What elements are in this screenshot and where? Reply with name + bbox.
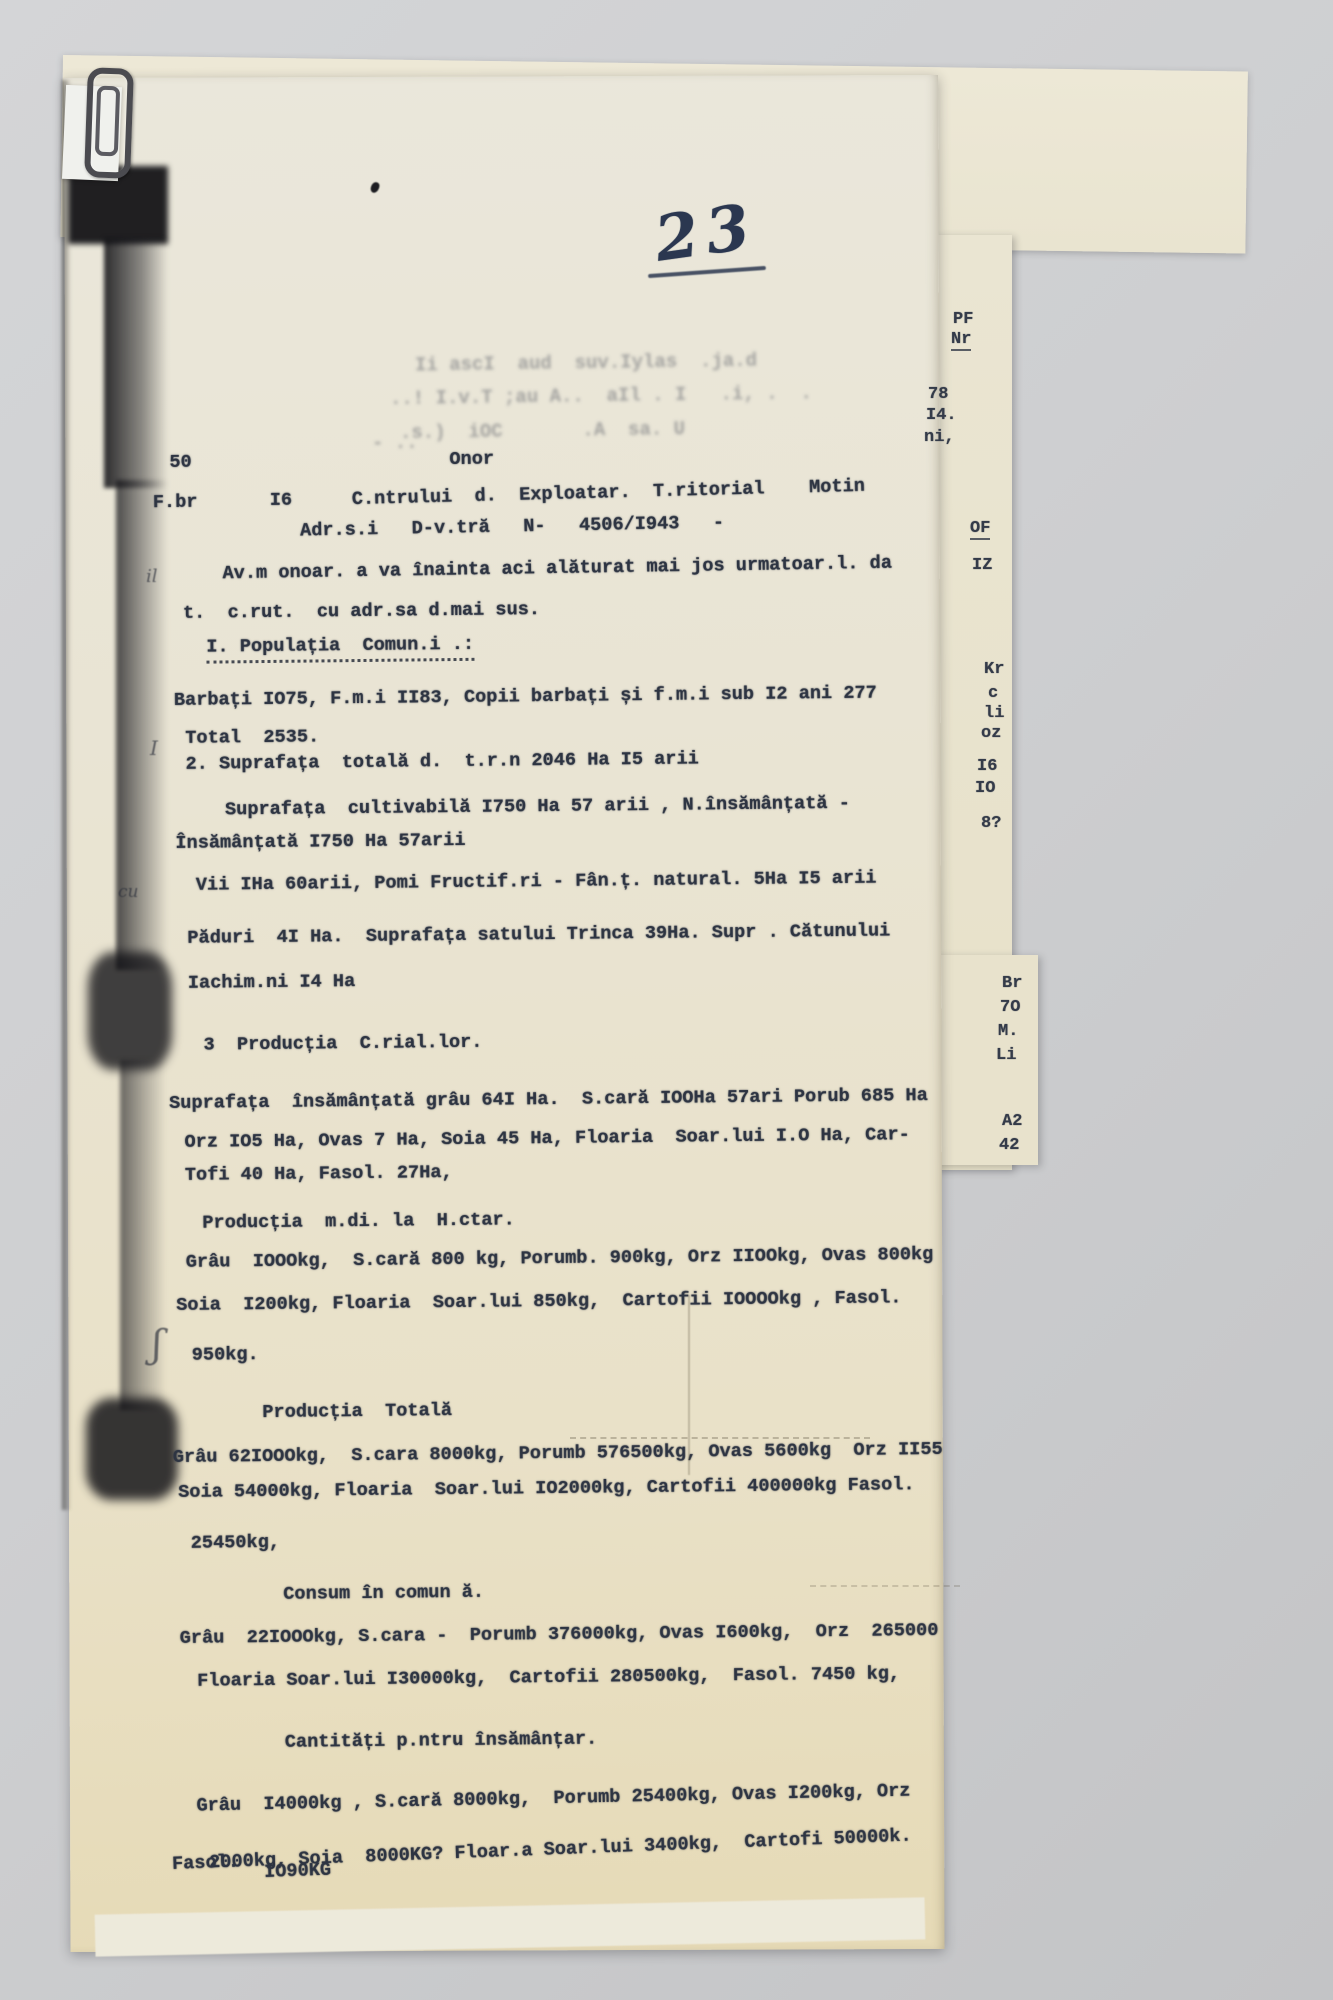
body-line: t. c.rut. cu adr.sa d.mai sus. (183, 599, 540, 624)
margin-month: F.br (153, 492, 198, 513)
right-edge-fragment: oz (981, 724, 1001, 743)
section-heading-productia-media: Producția m.di. la H.ctar. (202, 1209, 515, 1233)
right-edge-fragment: Nr (951, 330, 971, 351)
crease-line (810, 1585, 960, 1587)
margin-number: 50 (169, 452, 192, 473)
right-edge-fragment: 7O (1000, 998, 1020, 1017)
margin-scribble: cu (118, 882, 138, 902)
body-line: Floaria Soar.lui I30000kg, Cartofii 2805… (197, 1663, 900, 1691)
right-edge-fragment: c (988, 684, 998, 703)
body-line: Tofi 40 Ha, Fasol. 27Ha, (185, 1162, 453, 1186)
recipient-line: C.ntrului d. Exploatar. T.ritorial Motin (352, 476, 866, 510)
section-heading-productia-cerealelor: 3 Producția C.rial.lor. (203, 1032, 482, 1056)
body-line: Soia I200kg, Floaria Soar.lui 850kg, Car… (176, 1287, 901, 1316)
salutation: Onor (449, 449, 494, 470)
typewritten-text-layer: 50 Onor F.br I6 C.ntrului d. Exploatar. … (0, 0, 1333, 2000)
body-line: Av.m onoar. a va înainta aci alăturat ma… (222, 553, 892, 585)
body-line: 25450kg, (191, 1532, 280, 1554)
right-edge-fragment: Li (996, 1046, 1016, 1065)
right-edge-fragment: li (984, 704, 1004, 723)
right-edge-fragment: 78 (928, 385, 948, 404)
right-edge-fragment: I6 (977, 757, 997, 776)
body-line: Orz IO5 Ha, Ovas 7 Ha, Soia 45 Ha, Floar… (184, 1124, 909, 1153)
body-line: Vii IHa 60arii, Pomi Fructif.ri - Fân.ț.… (196, 868, 877, 896)
section-heading-productia-totala: Producția Totală (262, 1400, 452, 1423)
right-edge-fragment: M. (998, 1022, 1018, 1041)
crease-line (688, 1295, 690, 1475)
margin-scribble: I (150, 736, 158, 760)
scanned-document-photo: 23 Ii ascI aud suv.Iylas .ja.d ..! I.v.T… (0, 0, 1333, 2000)
section-heading-consum: Consum în comun ă. (283, 1582, 484, 1605)
section-heading-cantitati: Cantități p.ntru însămânțar. (285, 1729, 598, 1753)
right-edge-fragment: I4. (926, 406, 957, 425)
right-edge-fragment: OF (970, 519, 990, 540)
body-line: 2. Suprafața totală d. t.r.n 2046 Ha I5 … (185, 748, 698, 774)
crease-line (570, 1437, 870, 1439)
right-edge-fragment: Br (1002, 974, 1022, 993)
body-line: Suprafața cultivabilă I750 Ha 57 arii , … (225, 793, 850, 821)
body-line: Suprafața însămânțată grâu 64I Ha. S.car… (169, 1085, 928, 1114)
right-edge-fragment: Kr (984, 660, 1004, 679)
section-heading-populatia: I. Populația Comun.i .: (206, 634, 474, 664)
margin-scribble: ʃ (152, 1322, 162, 1366)
right-edge-fragment: ni, (924, 428, 955, 447)
body-line: Soia 54000kg, Floaria Soar.lui IO2000kg,… (178, 1474, 915, 1503)
body-line: Iachim.ni I4 Ha (188, 971, 356, 994)
margin-scribble: il (146, 566, 158, 587)
right-edge-fragment: A2 (1002, 1112, 1022, 1131)
body-line: 950kg. (192, 1344, 259, 1366)
body-line: IO90KG (264, 1860, 332, 1883)
right-edge-fragment: IZ (972, 556, 992, 575)
body-line: Însămânțată I750 Ha 57arii (175, 830, 465, 854)
right-edge-fragment: IO (975, 779, 995, 798)
body-line: Grâu 62IOOOkg, S.cara 8000kg, Porumb 576… (173, 1439, 943, 1468)
reference-line: Adr.s.i D-v.tră N- 4506/I943 - (300, 512, 724, 541)
body-line: Barbați IO75, F.m.i II83, Copii barbați … (174, 683, 877, 711)
body-line: Fasol. (172, 1852, 240, 1875)
right-edge-fragment: PF (953, 310, 973, 329)
right-edge-fragment: 42 (999, 1136, 1019, 1155)
body-line: Grâu IOOOkg, S.cară 800 kg, Porumb. 900k… (186, 1244, 934, 1273)
body-line: Total 2535. (185, 726, 319, 748)
body-line: Păduri 4I Ha. Suprafața satului Trinca 3… (187, 920, 890, 948)
margin-day: I6 (270, 490, 293, 511)
body-line: Grâu I4000kg , S.cară 8000kg, Porumb 254… (196, 1781, 910, 1817)
body-line: Grâu 22IOOOkg, S.cara - Porumb 376000kg,… (180, 1620, 939, 1649)
right-edge-fragment: 8? (981, 814, 1001, 833)
